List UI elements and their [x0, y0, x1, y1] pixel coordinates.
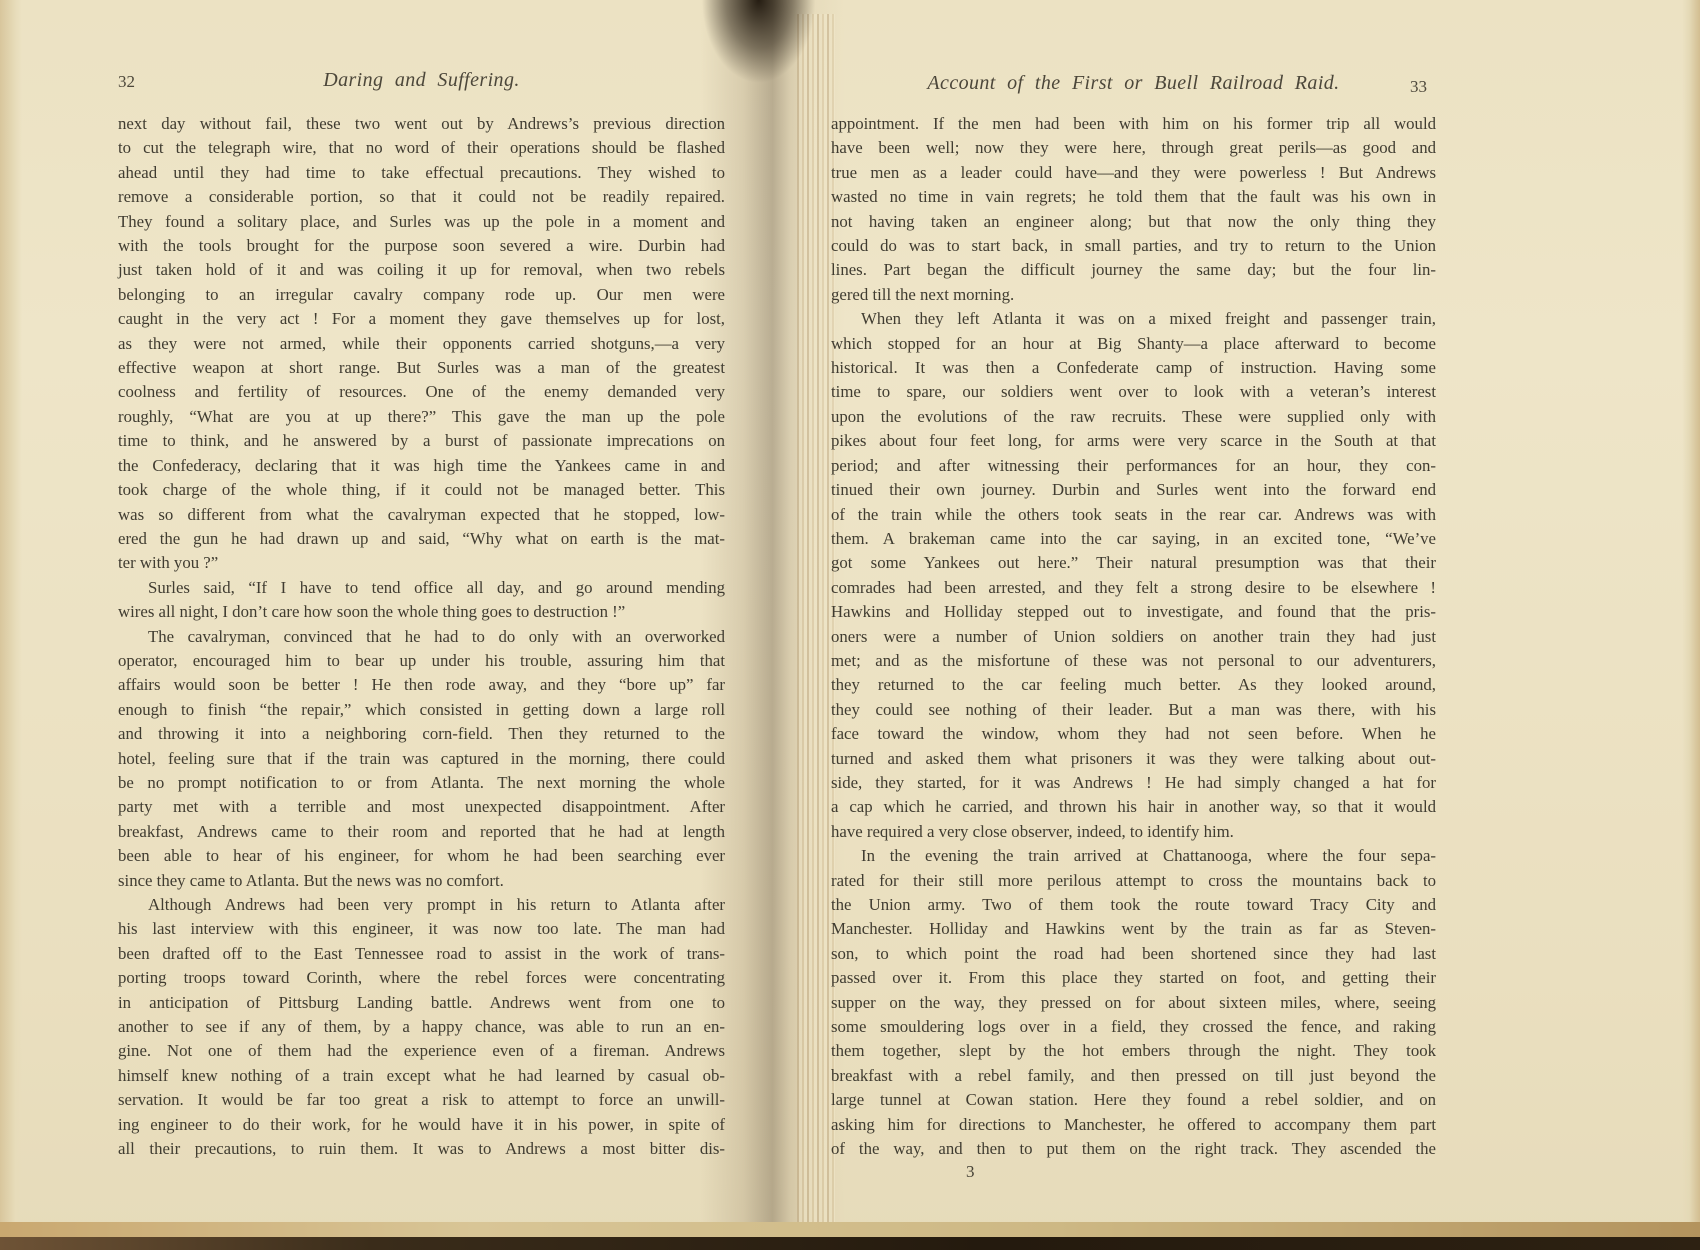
left-running-head: Daring and Suffering.: [118, 69, 725, 92]
text-line: large tunnel at Cowan station. Here they…: [831, 1088, 1436, 1112]
text-line: effective weapon at short range. But Sur…: [118, 356, 725, 380]
text-line: been drafted off to the East Tennessee r…: [118, 942, 725, 966]
text-line: his last interview with this engineer, i…: [118, 917, 725, 941]
text-line: took charge of the whole thing, if it co…: [118, 478, 725, 502]
text-line: ered the gun he had drawn up and said, “…: [118, 527, 725, 551]
text-line: enough to finish “the repair,” which con…: [118, 698, 725, 722]
text-line: them. A brakeman came into the car sayin…: [831, 527, 1436, 551]
text-line: some smouldering logs over in a field, t…: [831, 1015, 1436, 1039]
text-line: with the tools brought for the purpose s…: [118, 234, 725, 258]
text-line: next day without fail, these two went ou…: [118, 112, 725, 136]
text-line: pikes about four feet long, for arms wer…: [831, 429, 1436, 453]
text-line: they returned to the car feeling much be…: [831, 673, 1436, 697]
text-line: all their precautions, to ruin them. It …: [118, 1137, 725, 1161]
text-line: the Confederacy, declaring that it was h…: [118, 454, 725, 478]
text-line: of the way, and then to put them on the …: [831, 1137, 1436, 1161]
text-line: gered till the next morning.: [831, 283, 1436, 307]
text-line: caught in the very act ! For a moment th…: [118, 307, 725, 331]
text-line: historical. It was then a Confederate ca…: [831, 356, 1436, 380]
gutter-page-edges: [797, 14, 835, 1236]
text-line: asking him for directions to Manchester,…: [831, 1113, 1436, 1137]
text-line: comrades had been arrested, and they fel…: [831, 576, 1436, 600]
right-page-outer-edge: [1682, 0, 1700, 1250]
text-line: coolness and fertility of resources. One…: [118, 380, 725, 404]
text-line: and throwing it into a neighboring corn-…: [118, 722, 725, 746]
text-line: of the train while the others took seats…: [831, 503, 1436, 527]
left-page-outer-edge: [0, 0, 22, 1250]
text-line: true men as a leader could have—and they…: [831, 161, 1436, 185]
text-line: turned and asked them what prisoners it …: [831, 747, 1436, 771]
left-page-text: next day without fail, these two went ou…: [118, 112, 725, 1161]
text-line: breakfast with a rebel family, and then …: [831, 1064, 1436, 1088]
text-line: breakfast, Andrews came to their room an…: [118, 820, 725, 844]
text-line: side, they started, for it was Andrews !…: [831, 771, 1436, 795]
right-page-text: appointment. If the men had been with hi…: [831, 112, 1436, 1161]
text-line: When they left Atlanta it was on a mixed…: [831, 307, 1436, 331]
text-line: a cap which he carried, and thrown his h…: [831, 795, 1436, 819]
text-line: They found a solitary place, and Surles …: [118, 210, 725, 234]
text-line: wires all night, I don’t care how soon t…: [118, 600, 725, 624]
book-bottom-cover-edge: [0, 1237, 1700, 1250]
text-line: remove a considerable portion, so that i…: [118, 185, 725, 209]
text-line: time to spare, our soldiers went over to…: [831, 380, 1436, 404]
text-line: face toward the window, whom they had no…: [831, 722, 1436, 746]
text-line: time to think, and he answered by a burs…: [118, 429, 725, 453]
text-line: appointment. If the men had been with hi…: [831, 112, 1436, 136]
text-line: ter with you ?”: [118, 551, 725, 575]
text-line: tinued their own journey. Durbin and Sur…: [831, 478, 1436, 502]
text-line: the Union army. Two of them took the rou…: [831, 893, 1436, 917]
text-line: Manchester. Holliday and Hawkins went by…: [831, 917, 1436, 941]
text-line: just taken hold of it and was coiling it…: [118, 258, 725, 282]
text-line: The cavalryman, convinced that he had to…: [118, 625, 725, 649]
text-line: upon the evolutions of the raw recruits.…: [831, 405, 1436, 429]
gutter-top-shadow: [688, 0, 824, 115]
text-line: in anticipation of Pittsburg Landing bat…: [118, 991, 725, 1015]
text-line: ing engineer to do their work, for he wo…: [118, 1113, 725, 1137]
text-line: not having taken an engineer along; but …: [831, 210, 1436, 234]
text-line: affairs would soon be better ! He then r…: [118, 673, 725, 697]
text-line: to cut the telegraph wire, that no word …: [118, 136, 725, 160]
text-line: oners were a number of Union soldiers on…: [831, 625, 1436, 649]
text-line: In the evening the train arrived at Chat…: [831, 844, 1436, 868]
text-line: gine. Not one of them had the experience…: [118, 1039, 725, 1063]
text-line: met; and as the misfortune of these was …: [831, 649, 1436, 673]
text-line: porting troops toward Corinth, where the…: [118, 966, 725, 990]
book-bottom-page-edges: [0, 1222, 1700, 1237]
text-line: Hawkins and Holliday stepped out to inve…: [831, 600, 1436, 624]
text-line: supper on the way, they pressed on for a…: [831, 991, 1436, 1015]
text-line: which stopped for an hour at Big Shanty—…: [831, 332, 1436, 356]
text-line: son, to which point the road had been sh…: [831, 942, 1436, 966]
text-line: belonging to an irregular cavalry compan…: [118, 283, 725, 307]
right-running-head: Account of the First or Buell Railroad R…: [831, 72, 1436, 95]
text-line: roughly, “What are you at up there?” Thi…: [118, 405, 725, 429]
text-line: have been well; now they were here, thro…: [831, 136, 1436, 160]
text-line: Surles said, “If I have to tend office a…: [118, 576, 725, 600]
text-line: another to see if any of them, by a happ…: [118, 1015, 725, 1039]
text-line: they could see nothing of their leader. …: [831, 698, 1436, 722]
text-line: hotel, feeling sure that if the train wa…: [118, 747, 725, 771]
text-line: them together, slept by the hot embers t…: [831, 1039, 1436, 1063]
text-line: himself knew nothing of a train except w…: [118, 1064, 725, 1088]
text-line: as they were not armed, while their oppo…: [118, 332, 725, 356]
text-line: lines. Part began the difficult journey …: [831, 258, 1436, 282]
text-line: was so different from what the cavalryma…: [118, 503, 725, 527]
text-line: ahead until they had time to take effect…: [118, 161, 725, 185]
text-line: got some Yankees out here.” Their natura…: [831, 551, 1436, 575]
text-line: rated for their still more perilous atte…: [831, 869, 1436, 893]
text-line: have required a very close observer, ind…: [831, 820, 1436, 844]
text-line: operator, encouraged him to bear up unde…: [118, 649, 725, 673]
text-line: period; and after witnessing their perfo…: [831, 454, 1436, 478]
text-line: servation. It would be far too great a r…: [118, 1088, 725, 1112]
text-line: party met with a terrible and most unexp…: [118, 795, 725, 819]
text-line: be no prompt notification to or from Atl…: [118, 771, 725, 795]
text-line: passed over it. From this place they sta…: [831, 966, 1436, 990]
text-line: wasted no time in vain regrets; he told …: [831, 185, 1436, 209]
text-line: since they came to Atlanta. But the news…: [118, 869, 725, 893]
text-line: been able to hear of his engineer, for w…: [118, 844, 725, 868]
signature-mark: 3: [966, 1162, 975, 1182]
text-line: Although Andrews had been very prompt in…: [118, 893, 725, 917]
text-line: could do was to start back, in small par…: [831, 234, 1436, 258]
book-spread: 32 Daring and Suffering. 33 Account of t…: [0, 0, 1700, 1250]
